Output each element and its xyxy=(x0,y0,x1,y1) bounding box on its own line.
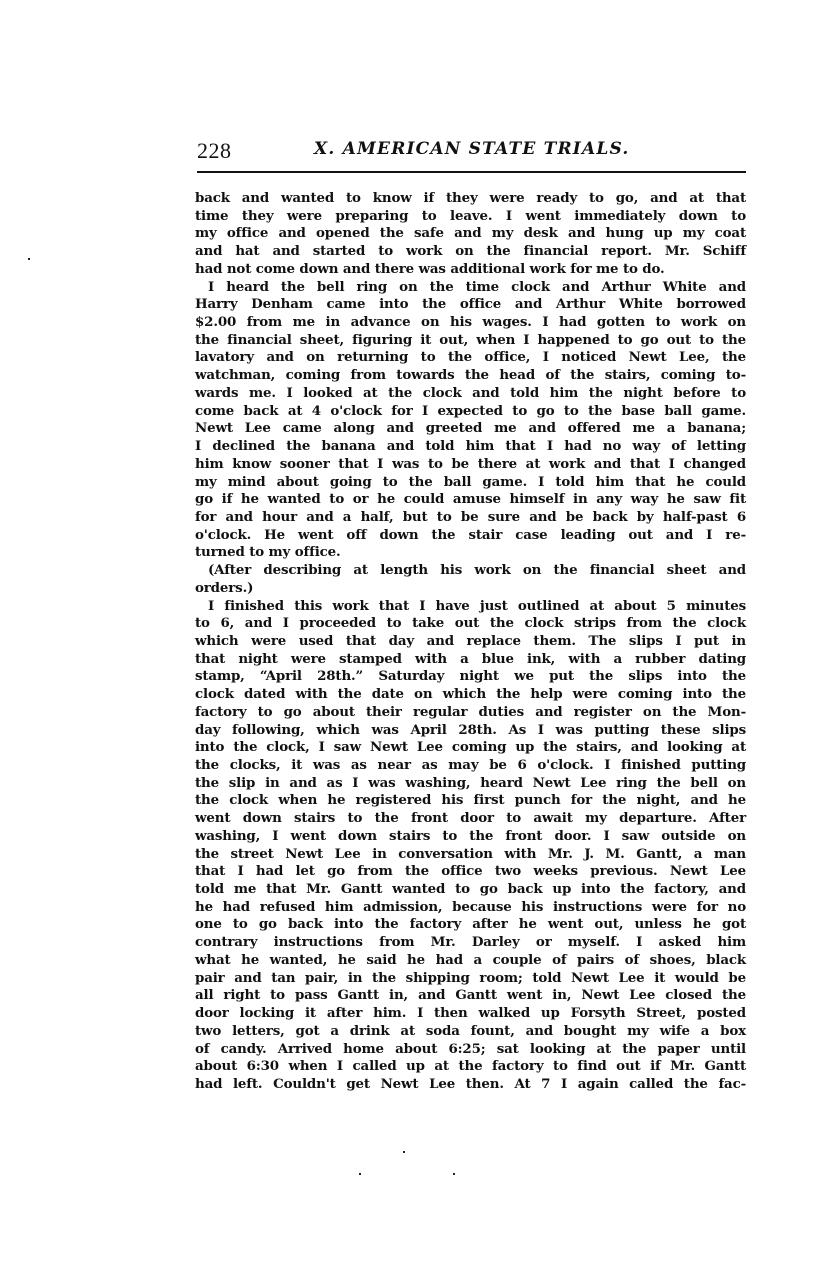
text-line: which were used that day and replace the… xyxy=(195,633,746,651)
paragraph: (After describing at length his work on … xyxy=(195,562,746,597)
text-line: to 6, and I proceeded to take out the cl… xyxy=(195,615,746,633)
text-line: washing, I went down stairs to the front… xyxy=(195,828,746,846)
page-number: 228 xyxy=(197,138,232,164)
text-line: stamp, “April 28th.” Saturday night we p… xyxy=(195,668,746,686)
text-line: lavatory and on returning to the office,… xyxy=(195,349,746,367)
header-rule xyxy=(197,171,746,173)
text-line: I finished this work that I have just ou… xyxy=(195,598,746,616)
text-line: o'clock. He went off down the stair case… xyxy=(195,527,746,545)
text-line: my office and opened the safe and my des… xyxy=(195,225,746,243)
text-line: watchman, coming from towards the head o… xyxy=(195,367,746,385)
running-head: X. AMERICAN STATE TRIALS. xyxy=(314,139,630,159)
text-line: two letters, got a drink at soda fount, … xyxy=(195,1023,746,1041)
text-line: he had refused him admission, because hi… xyxy=(195,899,746,917)
text-line: told me that Mr. Gantt wanted to go back… xyxy=(195,881,746,899)
text-line: I heard the bell ring on the time clock … xyxy=(195,279,746,297)
text-line: Harry Denham came into the office and Ar… xyxy=(195,296,746,314)
text-line: the slip in and as I was washing, heard … xyxy=(195,775,746,793)
text-line: went down stairs to the front door to aw… xyxy=(195,810,746,828)
paragraph: back and wanted to know if they were rea… xyxy=(195,190,746,279)
text-line: pair and tan pair, in the shipping room;… xyxy=(195,970,746,988)
text-line: into the clock, I saw Newt Lee coming up… xyxy=(195,739,746,757)
scan-speck xyxy=(28,258,30,260)
text-line: factory to go about their regular duties… xyxy=(195,704,746,722)
text-line: wards me. I looked at the clock and told… xyxy=(195,385,746,403)
text-line: go if he wanted to or he could amuse him… xyxy=(195,491,746,509)
text-line: day following, which was April 28th. As … xyxy=(195,722,746,740)
text-line: had not come down and there was addition… xyxy=(195,261,746,279)
text-line: what he wanted, he said he had a couple … xyxy=(195,952,746,970)
text-line: I declined the banana and told him that … xyxy=(195,438,746,456)
text-line: turned to my office. xyxy=(195,544,746,562)
text-line: orders.) xyxy=(195,580,746,598)
text-line: the clock when he registered his first p… xyxy=(195,792,746,810)
text-line: one to go back into the factory after he… xyxy=(195,916,746,934)
text-line: all right to pass Gantt in, and Gantt we… xyxy=(195,987,746,1005)
text-line: (After describing at length his work on … xyxy=(195,562,746,580)
book-page: 228 X. AMERICAN STATE TRIALS. back and w… xyxy=(0,0,836,1284)
paragraph: I heard the bell ring on the time clock … xyxy=(195,279,746,563)
text-line: the street Newt Lee in conversation with… xyxy=(195,846,746,864)
text-line: come back at 4 o'clock for I expected to… xyxy=(195,403,746,421)
text-line: about 6:30 when I called up at the facto… xyxy=(195,1058,746,1076)
text-line: time they were preparing to leave. I wen… xyxy=(195,208,746,226)
text-line: him know sooner that I was to be there a… xyxy=(195,456,746,474)
paragraph: I finished this work that I have just ou… xyxy=(195,598,746,1094)
text-line: door locking it after him. I then walked… xyxy=(195,1005,746,1023)
text-line: for and hour and a half, but to be sure … xyxy=(195,509,746,527)
text-line: that I had let go from the office two we… xyxy=(195,863,746,881)
text-line: the financial sheet, figuring it out, wh… xyxy=(195,332,746,350)
text-line: had left. Couldn't get Newt Lee then. At… xyxy=(195,1076,746,1094)
page-header: 228 X. AMERICAN STATE TRIALS. xyxy=(197,138,746,172)
text-line: back and wanted to know if they were rea… xyxy=(195,190,746,208)
text-line: that night were stamped with a blue ink,… xyxy=(195,651,746,669)
text-line: the clocks, it was as near as may be 6 o… xyxy=(195,757,746,775)
scan-speck xyxy=(403,1151,405,1153)
text-line: clock dated with the date on which the h… xyxy=(195,686,746,704)
text-line: my mind about going to the ball game. I … xyxy=(195,474,746,492)
scan-speck xyxy=(453,1173,455,1175)
text-line: of candy. Arrived home about 6:25; sat l… xyxy=(195,1041,746,1059)
scan-speck xyxy=(359,1173,361,1175)
text-line: and hat and started to work on the finan… xyxy=(195,243,746,261)
text-line: contrary instructions from Mr. Darley or… xyxy=(195,934,746,952)
body-text: back and wanted to know if they were rea… xyxy=(195,190,746,1094)
text-line: $2.00 from me in advance on his wages. I… xyxy=(195,314,746,332)
text-line: Newt Lee came along and greeted me and o… xyxy=(195,420,746,438)
